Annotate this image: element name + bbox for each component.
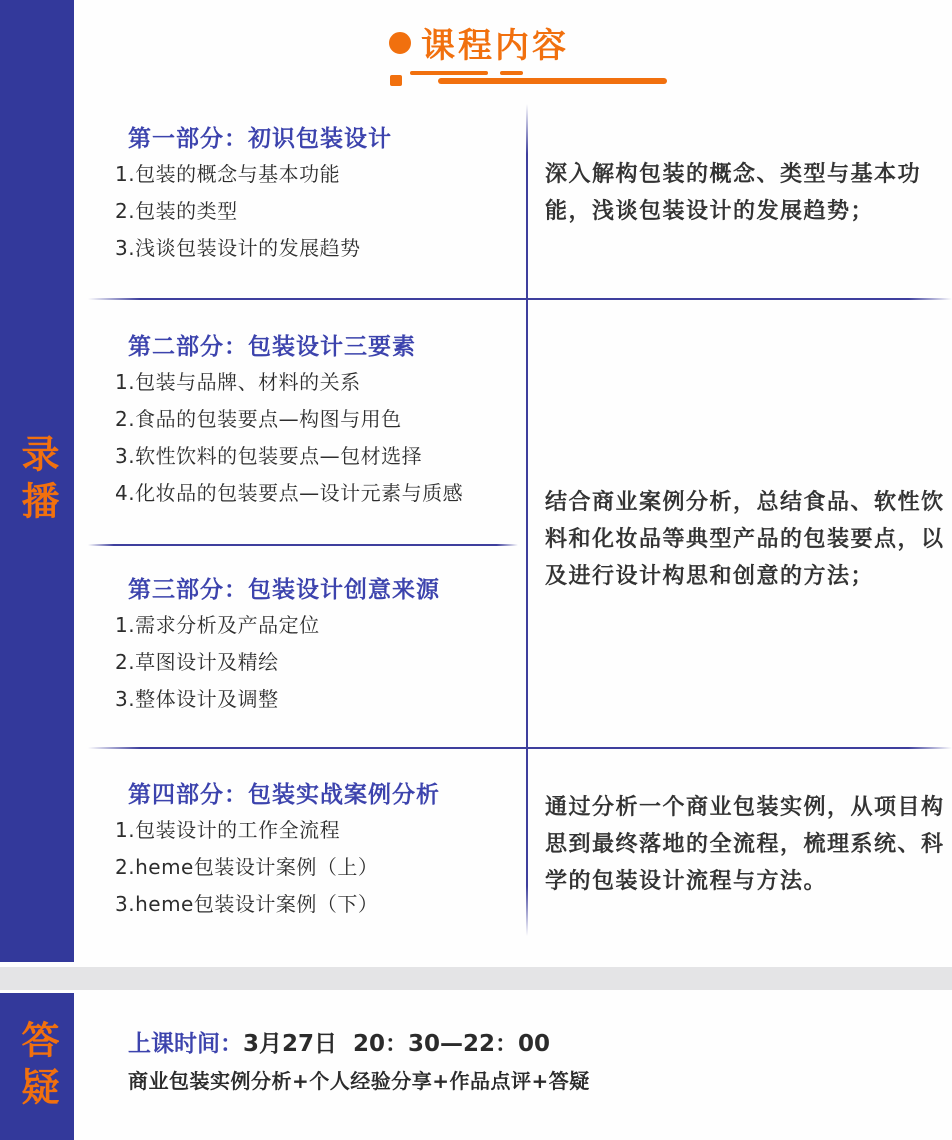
section-title: 第四部分：包装实战案例分析 <box>128 780 535 810</box>
schedule-label: 上课时间： <box>128 1028 243 1060</box>
description-line: 通过分析一个商业包装实例，从项目构 <box>545 789 950 826</box>
section-part-3: 第三部分：包装设计创意来源 1.需求分析及产品定位 2.草图设计及精绘 3.整体… <box>115 575 535 718</box>
page-header: 课程内容 <box>389 18 569 67</box>
underline-thick-stroke <box>438 78 667 84</box>
description-line: 能，浅谈包装设计的发展趋势； <box>545 193 950 230</box>
course-item: 3.整体设计及调整 <box>115 681 535 718</box>
description-part-2-3: 结合商业案例分析，总结食品、软性饮 料和化妆品等典型产品的包装要点，以 及进行设… <box>545 484 950 595</box>
course-item: 2.食品的包装要点—构图与用色 <box>115 401 535 438</box>
description-part-1: 深入解构包装的概念、类型与基本功 能，浅谈包装设计的发展趋势； <box>545 156 950 230</box>
section-part-4: 第四部分：包装实战案例分析 1.包装设计的工作全流程 2.heme包装设计案例（… <box>115 780 535 923</box>
underline-thin-stroke <box>410 71 488 75</box>
section-separator-3 <box>88 747 952 749</box>
description-line: 思到最终落地的全流程，梳理系统、科 <box>545 826 950 863</box>
section-title: 第二部分：包装设计三要素 <box>128 332 535 362</box>
schedule-time: 3月27日 20：30—22：00 <box>243 1028 550 1060</box>
schedule-info: 上课时间： 3月27日 20：30—22：00 商业包装实例分析+个人经验分享+… <box>128 1028 590 1095</box>
schedule-time-line: 上课时间： 3月27日 20：30—22：00 <box>128 1028 590 1060</box>
course-item: 1.包装与品牌、材料的关系 <box>115 364 535 401</box>
bullet-circle-icon <box>389 32 411 54</box>
course-item: 2.heme包装设计案例（上） <box>115 849 535 886</box>
schedule-detail: 商业包装实例分析+个人经验分享+作品点评+答疑 <box>128 1067 590 1095</box>
page-title: 课程内容 <box>421 18 569 67</box>
description-line: 料和化妆品等典型产品的包装要点，以 <box>545 521 950 558</box>
description-line: 及进行设计构思和创意的方法； <box>545 558 950 595</box>
description-line: 结合商业案例分析，总结食品、软性饮 <box>545 484 950 521</box>
description-line: 深入解构包装的概念、类型与基本功 <box>545 156 950 193</box>
description-line: 学的包装设计流程与方法。 <box>545 863 950 900</box>
course-item: 4.化妆品的包装要点—设计元素与质感 <box>115 475 535 512</box>
section-separator-2 <box>88 544 518 546</box>
recorded-label: 录播 <box>18 434 56 528</box>
sidebar-qa: 答疑 <box>0 993 74 1140</box>
course-item: 2.包装的类型 <box>115 193 535 230</box>
course-item: 3.软性饮料的包装要点—包材选择 <box>115 438 535 475</box>
underline-thin-stroke <box>500 71 523 75</box>
course-item: 1.包装的概念与基本功能 <box>115 156 535 193</box>
course-item: 1.包装设计的工作全流程 <box>115 812 535 849</box>
underline-square-stroke <box>390 75 402 86</box>
section-part-1: 第一部分：初识包装设计 1.包装的概念与基本功能 2.包装的类型 3.浅谈包装设… <box>115 124 535 267</box>
section-divider-band <box>0 967 952 990</box>
sidebar-recorded: 录播 <box>0 0 74 962</box>
description-part-4: 通过分析一个商业包装实例，从项目构 思到最终落地的全流程，梳理系统、科 学的包装… <box>545 789 950 900</box>
qa-label: 答疑 <box>18 1020 56 1114</box>
course-content-poster: 录播 答疑 课程内容 第一部分：初识包装设计 1.包装的概念与基本功能 2.包装… <box>0 0 952 1140</box>
section-part-2: 第二部分：包装设计三要素 1.包装与品牌、材料的关系 2.食品的包装要点—构图与… <box>115 332 535 512</box>
course-item: 3.浅谈包装设计的发展趋势 <box>115 230 535 267</box>
section-separator-1 <box>88 298 952 300</box>
section-title: 第一部分：初识包装设计 <box>128 124 535 154</box>
section-title: 第三部分：包装设计创意来源 <box>128 575 535 605</box>
course-item: 2.草图设计及精绘 <box>115 644 535 681</box>
course-item: 3.heme包装设计案例（下） <box>115 886 535 923</box>
course-item: 1.需求分析及产品定位 <box>115 607 535 644</box>
